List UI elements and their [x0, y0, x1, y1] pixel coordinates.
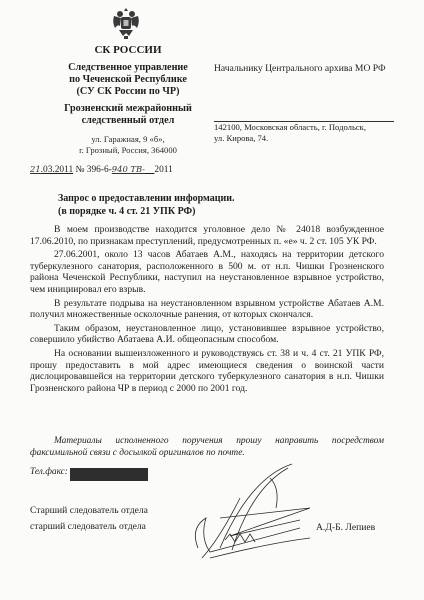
subject-title: Запрос о предоставлении информации. [58, 192, 235, 205]
sender-address-line: ул. Гаражная, 9 «б», [38, 134, 218, 145]
fax-redaction-block [70, 468, 148, 481]
letterhead: СК РОССИИ Следственное управление по Чеч… [38, 44, 218, 156]
signer-position: Старший следователь отдела [30, 505, 148, 516]
registration-date: .03.2011 [41, 165, 73, 175]
subject: Запрос о предоставлении информации. (в п… [58, 192, 235, 218]
sender-address-line: г. Грозный, Россия, 364000 [38, 145, 218, 156]
division-line: Грозненский межрайонный [38, 103, 218, 115]
registration-line: 21.03.2011 № 396-6-940 ТВ- 2011 [30, 164, 173, 175]
registration-number-prefix: № 396-6- [75, 165, 111, 175]
department-line: (СУ СК России по ЧР) [38, 86, 218, 98]
recipient-title: Начальнику Центрального архива МО РФ [214, 64, 404, 73]
registration-year: 2011 [154, 165, 172, 175]
signer-position: старший следователь отдела [30, 521, 146, 532]
agency-name: СК РОССИИ [38, 44, 218, 56]
body-paragraph: Таким образом, неустановленное лицо, уст… [30, 323, 384, 346]
signer-name: А.Д-Б. Лепиев [316, 522, 375, 533]
department-line: Следственное управление [38, 62, 218, 74]
handwritten-number: 940 ТВ- [112, 164, 145, 174]
body-paragraph: 27.06.2001, около 13 часов Абатаев А.М.,… [30, 249, 384, 295]
fax-label: Тел.факс: [30, 467, 68, 477]
recipient-address-line: 142100, Московская область, г. Подольск, [214, 122, 414, 133]
body-paragraph: В моем производстве находится уголовное … [30, 224, 384, 247]
recipient-address: 142100, Московская область, г. Подольск,… [214, 122, 414, 144]
subject-basis: (в порядке ч. 4 ст. 21 УПК РФ) [58, 205, 235, 218]
body-paragraph: В результате подрыва на неустановленном … [30, 298, 384, 321]
department-line: по Чеченской Республике [38, 74, 218, 86]
recipient-address-line: ул. Кирова, 74. [214, 133, 414, 144]
delivery-note: Материалы исполненного поручения прошу н… [30, 436, 384, 459]
handwritten-signature-icon [180, 458, 320, 566]
coat-of-arms-icon [111, 6, 141, 40]
body-paragraph: На основании вышеизложенного и руководст… [30, 348, 384, 394]
letter-body: В моем производстве находится уголовное … [30, 224, 384, 396]
division-line: следственный отдел [38, 115, 218, 127]
handwritten-day: 21 [30, 164, 41, 174]
